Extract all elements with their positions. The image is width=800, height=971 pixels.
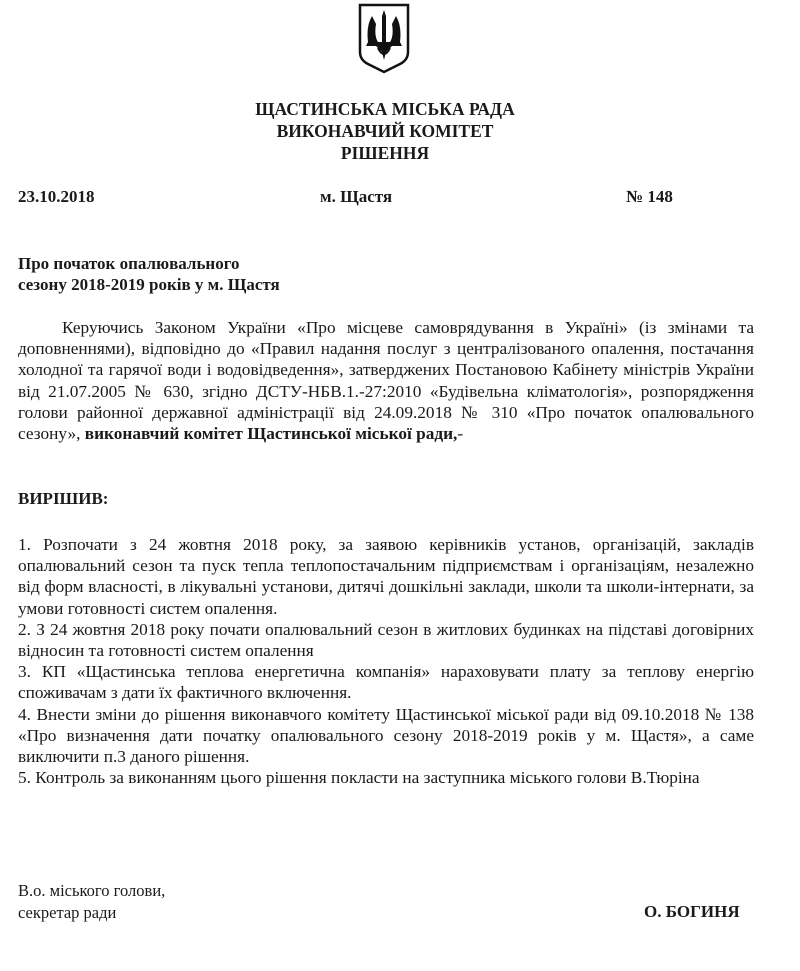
subject-line-2: сезону 2018-2019 років у м. Щастя: [18, 274, 280, 295]
trident-coat-of-arms-icon: [356, 2, 412, 74]
document-type: РІШЕННЯ: [0, 142, 770, 164]
document-subject: Про початок опалювального сезону 2018-20…: [18, 253, 280, 295]
signatory-title: В.о. міського голови, секретар ради: [18, 880, 165, 924]
preamble-paragraph: Керуючись Законом України «Про місцеве с…: [18, 317, 754, 444]
resolution-item-3: 3. КП «Щастинська теплова енергетична ко…: [18, 661, 754, 703]
preamble-tail: -: [457, 424, 463, 443]
resolved-label: ВИРІШИВ:: [18, 489, 108, 509]
signatory-title-line-2: секретар ради: [18, 902, 165, 924]
resolution-item-1: 1. Розпочати з 24 жовтня 2018 року, за з…: [18, 534, 754, 619]
resolution-item-2: 2. З 24 жовтня 2018 року почати опалювал…: [18, 619, 754, 661]
council-name: ЩАСТИНСЬКА МІСЬКА РАДА: [0, 98, 770, 120]
signatory-name: О. БОГИНЯ: [644, 902, 740, 922]
resolution-items: 1. Розпочати з 24 жовтня 2018 року, за з…: [18, 534, 754, 788]
committee-name: ВИКОНАВЧИЙ КОМІТЕТ: [0, 120, 770, 142]
resolution-item-5: 5. Контроль за виконанням цього рішення …: [18, 767, 754, 788]
preamble-bold-text: виконавчий комітет Щастинської міської р…: [85, 424, 458, 443]
document-meta: 23.10.2018 м. Щастя № 148: [0, 187, 800, 209]
document-number: № 148: [626, 187, 673, 207]
document-place: м. Щастя: [320, 187, 392, 207]
resolution-item-4: 4. Внести зміни до рішення виконавчого к…: [18, 704, 754, 768]
document-date: 23.10.2018: [18, 187, 95, 207]
subject-line-1: Про початок опалювального: [18, 253, 280, 274]
document-header: ЩАСТИНСЬКА МІСЬКА РАДА ВИКОНАВЧИЙ КОМІТЕ…: [0, 98, 770, 164]
signatory-title-line-1: В.о. міського голови,: [18, 880, 165, 902]
